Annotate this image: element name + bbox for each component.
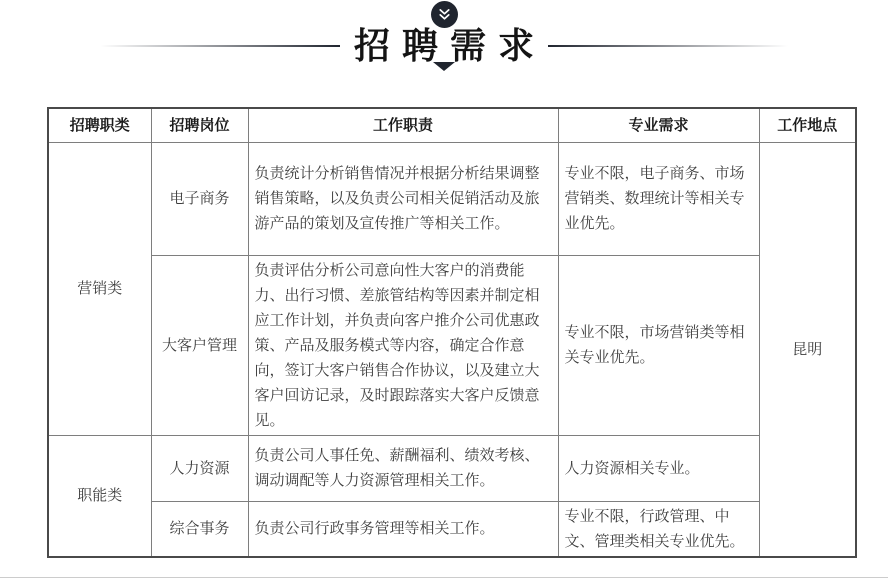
table-row-key-account: 大客户管理 负责评估分析公司意向性大客户的消费能力、出行习惯、差旅管结构等因素并…: [48, 255, 856, 435]
column-header-requirement: 专业需求: [558, 108, 759, 142]
category-cell-functional: 职能类: [48, 435, 151, 557]
requirement-cell: 专业不限，市场营销类等相关专业优先。: [558, 255, 759, 435]
category-cell-marketing: 营销类: [48, 142, 151, 435]
position-cell: 综合事务: [151, 501, 248, 557]
position-cell: 大客户管理: [151, 255, 248, 435]
table-row-general-affairs: 综合事务 负责公司行政事务管理等相关工作。 专业不限，行政管理、中文、管理类相关…: [48, 501, 856, 557]
table-header-row: 招聘职类 招聘岗位 工作职责 专业需求 工作地点: [48, 108, 856, 142]
title-divider-right: [548, 45, 788, 47]
title-row: 招聘需求: [0, 27, 888, 65]
table-row-hr: 职能类 人力资源 负责公司人事任免、薪酬福利、绩效考核、调动调配等人力资源管理相…: [48, 435, 856, 501]
duty-cell: 负责公司人事任免、薪酬福利、绩效考核、调动调配等人力资源管理相关工作。: [248, 435, 558, 501]
location-cell: 昆明: [759, 142, 856, 557]
column-header-position: 招聘岗位: [151, 108, 248, 142]
requirement-cell: 专业不限，行政管理、中文、管理类相关专业优先。: [558, 501, 759, 557]
recruitment-table: 招聘职类 招聘岗位 工作职责 专业需求 工作地点 营销类 电子商务 负责统计分析…: [47, 107, 857, 558]
column-header-location: 工作地点: [759, 108, 856, 142]
title-divider-left: [100, 45, 340, 47]
section-header: 招聘需求: [0, 0, 888, 71]
recruitment-page: 招聘需求 招聘职类 招聘岗位 工作职责 专业需求 工作地点 营销类 电子商务: [0, 0, 888, 587]
table-row-ecommerce: 营销类 电子商务 负责统计分析销售情况并根据分析结果调整销售策略，以及负责公司相…: [48, 142, 856, 255]
requirement-cell: 人力资源相关专业。: [558, 435, 759, 501]
duty-cell: 负责公司行政事务管理等相关工作。: [248, 501, 558, 557]
page-title: 招聘需求: [340, 27, 548, 65]
duty-cell: 负责统计分析销售情况并根据分析结果调整销售策略，以及负责公司相关促销活动及旅游产…: [248, 142, 558, 255]
column-header-duty: 工作职责: [248, 108, 558, 142]
position-cell: 电子商务: [151, 142, 248, 255]
bottom-divider: [0, 577, 888, 578]
duty-cell: 负责评估分析公司意向性大客户的消费能力、出行习惯、差旅管结构等因素并制定相应工作…: [248, 255, 558, 435]
chevrons-down-icon: [431, 1, 458, 28]
column-header-category: 招聘职类: [48, 108, 151, 142]
position-cell: 人力资源: [151, 435, 248, 501]
requirement-cell: 专业不限，电子商务、市场营销类、数理统计等相关专业优先。: [558, 142, 759, 255]
